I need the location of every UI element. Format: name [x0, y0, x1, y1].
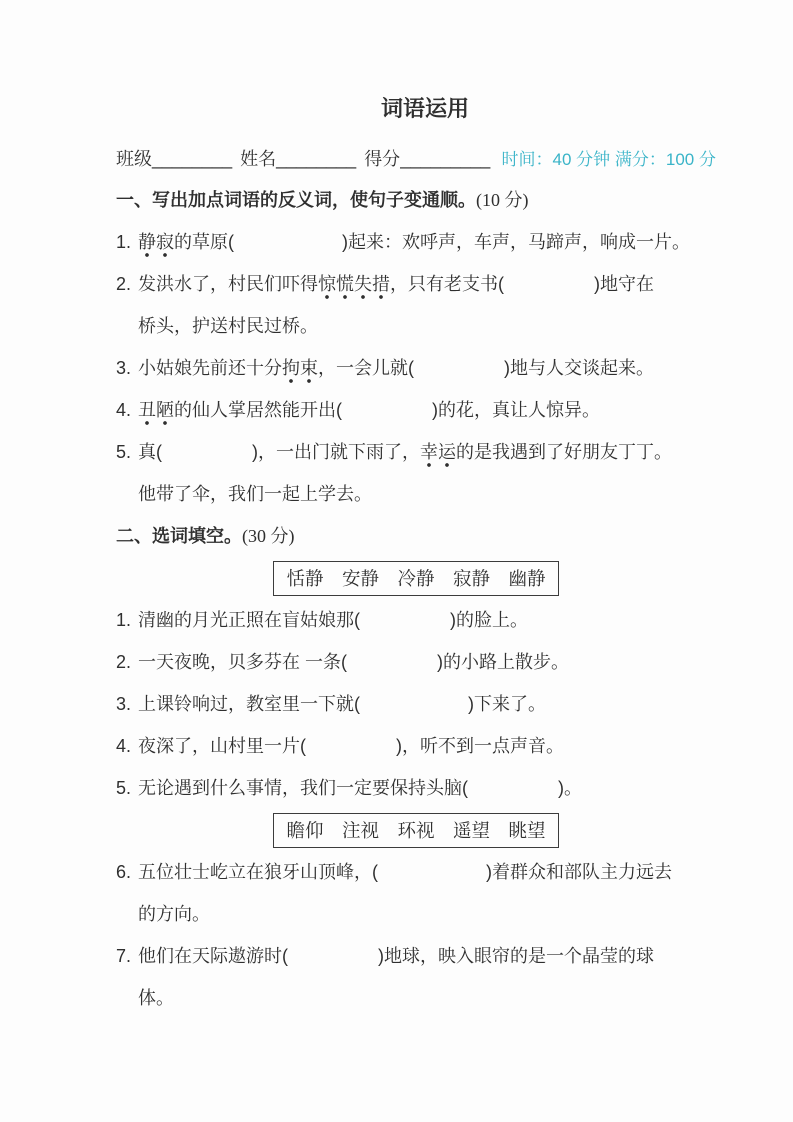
question-line: 发洪水了，村民们吓得惊慌失措，只有老支书( )地守在: [138, 263, 716, 305]
question-number: 3.: [116, 683, 131, 725]
text-segment: 夜深了，山村里一片( )，听不到一点声音。: [138, 736, 564, 756]
question-number: 2.: [116, 641, 131, 683]
name-field: 姓名________: [240, 148, 356, 170]
question-text: 夜深了，山村里一片( )，听不到一点声音。: [138, 725, 716, 767]
score-field: 得分_________: [364, 148, 490, 170]
text-segment: 无论遇到什么事情，我们一定要保持头脑( )。: [138, 778, 582, 798]
question-line: 他们在天际遨游时( )地球，映入眼帘的是一个晶莹的球: [138, 935, 716, 977]
question-line: 夜深了，山村里一片( )，听不到一点声音。: [138, 725, 716, 767]
question-number: 4.: [116, 389, 131, 431]
question-text: 上课铃响过，教室里一下就( )下来了。: [138, 683, 716, 725]
question-item-2: 2. 发洪水了，村民们吓得惊慌失措，只有老支书( )地守在桥头，护送村民过桥。: [116, 263, 716, 347]
name-blank-line: ________: [276, 149, 356, 169]
emphasized-word: 惊慌失措: [318, 274, 390, 300]
question-line: 五位壮士屹立在狼牙山顶峰，( )着群众和部队主力远去: [138, 851, 716, 893]
page-content: 词语运用 班级________ 姓名________ 得分_________ 时…: [0, 0, 793, 1019]
emphasized-word: 静寂: [138, 232, 174, 258]
question-item-s2-5: 5. 无论遇到什么事情，我们一定要保持头脑( )。: [116, 767, 716, 809]
text-segment: 体。: [138, 988, 174, 1008]
question-line: 的方向。: [138, 893, 716, 935]
score-blank-line: _________: [400, 149, 490, 169]
question-item-s2-4: 4. 夜深了，山村里一片( )，听不到一点声音。: [116, 725, 716, 767]
section-two-score: (30 分): [242, 526, 295, 546]
question-line: 上课铃响过，教室里一下就( )下来了。: [138, 683, 716, 725]
text-segment: 一天夜晚，贝多芬在 一条( )的小路上散步。: [138, 652, 569, 672]
question-line: 无论遇到什么事情，我们一定要保持头脑( )。: [138, 767, 716, 809]
question-line: 真( )，一出门就下雨了，幸运的是我遇到了好朋友丁丁。: [138, 431, 716, 473]
emphasized-word: 拘束: [282, 358, 318, 384]
section-one-score: (10 分): [476, 190, 529, 210]
text-segment: 真( )，一出门就下雨了，: [138, 442, 420, 462]
name-label: 姓名: [240, 149, 276, 169]
question-line: 清幽的月光正照在盲姑娘那( )的脸上。: [138, 599, 716, 641]
class-blank-line: ________: [152, 149, 232, 169]
question-text: 一天夜晚，贝多芬在 一条( )的小路上散步。: [138, 641, 716, 683]
question-item-s2-6: 6. 五位壮士屹立在狼牙山顶峰，( )着群众和部队主力远去的方向。: [116, 851, 716, 935]
section-one-heading-text: 一、写出加点词语的反义词，使句子变通顺。: [116, 190, 476, 210]
emphasized-word: 丑陋: [138, 400, 174, 426]
question-number: 5.: [116, 431, 131, 473]
questions-area: 一、写出加点词语的反义词，使句子变通顺。(10 分) 1. 静寂的草原( )起来…: [116, 179, 716, 1019]
text-segment: 桥头，护送村民过桥。: [138, 316, 318, 336]
word-bank-1: 恬静 安静 冷静 寂静 幽静: [273, 561, 558, 596]
question-text: 真( )，一出门就下雨了，幸运的是我遇到了好朋友丁丁。他带了伞，我们一起上学去。: [138, 431, 716, 515]
class-label: 班级: [116, 149, 152, 169]
text-segment: 的是我遇到了好朋友丁丁。: [456, 442, 672, 462]
question-item-1: 1. 静寂的草原( )起来：欢呼声，车声，马蹄声，响成一片。: [116, 221, 716, 263]
text-segment: 他带了伞，我们一起上学去。: [138, 484, 372, 504]
text-segment: 发洪水了，村民们吓得: [138, 274, 318, 294]
question-text: 他们在天际遨游时( )地球，映入眼帘的是一个晶莹的球体。: [138, 935, 716, 1019]
text-segment: 清幽的月光正照在盲姑娘那( )的脸上。: [138, 610, 528, 630]
word-bank-row-1: 恬静 安静 冷静 寂静 幽静: [116, 557, 716, 599]
question-number: 6.: [116, 851, 131, 893]
question-text: 静寂的草原( )起来：欢呼声，车声，马蹄声，响成一片。: [138, 221, 716, 263]
question-number: 7.: [116, 935, 131, 977]
score-label: 得分: [364, 149, 400, 169]
text-segment: 五位壮士屹立在狼牙山顶峰，( )着群众和部队主力远去: [138, 862, 672, 882]
text-segment: 的方向。: [138, 904, 210, 924]
text-segment: 的草原( )起来：欢呼声，车声，马蹄声，响成一片。: [174, 232, 690, 252]
question-number: 1.: [116, 599, 131, 641]
header-fields-row: 班级________ 姓名________ 得分_________ 时间：40 …: [116, 148, 716, 171]
question-text: 发洪水了，村民们吓得惊慌失措，只有老支书( )地守在桥头，护送村民过桥。: [138, 263, 716, 347]
question-item-s2-3: 3. 上课铃响过，教室里一下就( )下来了。: [116, 683, 716, 725]
question-item-3: 3. 小姑娘先前还十分拘束，一会儿就( )地与人交谈起来。: [116, 347, 716, 389]
question-item-s2-1: 1. 清幽的月光正照在盲姑娘那( )的脸上。: [116, 599, 716, 641]
question-text: 五位壮士屹立在狼牙山顶峰，( )着群众和部队主力远去的方向。: [138, 851, 716, 935]
question-number: 2.: [116, 263, 131, 305]
question-line: 体。: [138, 977, 716, 1019]
word-bank-2: 瞻仰 注视 环视 遥望 眺望: [273, 813, 558, 848]
question-line: 一天夜晚，贝多芬在 一条( )的小路上散步。: [138, 641, 716, 683]
word-bank-row-2: 瞻仰 注视 环视 遥望 眺望: [116, 809, 716, 851]
question-number: 4.: [116, 725, 131, 767]
question-item-4: 4. 丑陋的仙人掌居然能开出( )的花，真让人惊异。: [116, 389, 716, 431]
question-line: 静寂的草原( )起来：欢呼声，车声，马蹄声，响成一片。: [138, 221, 716, 263]
time-fullscore-note: 时间：40 分钟 满分：100 分: [502, 149, 716, 171]
text-segment: ，只有老支书( )地守在: [390, 274, 654, 294]
text-segment: 小姑娘先前还十分: [138, 358, 282, 378]
question-text: 无论遇到什么事情，我们一定要保持头脑( )。: [138, 767, 716, 809]
question-line: 小姑娘先前还十分拘束，一会儿就( )地与人交谈起来。: [138, 347, 716, 389]
page-title: 词语运用: [125, 96, 725, 122]
question-line: 桥头，护送村民过桥。: [138, 305, 716, 347]
question-number: 5.: [116, 767, 131, 809]
text-segment: 的仙人掌居然能开出( )的花，真让人惊异。: [174, 400, 600, 420]
question-text: 丑陋的仙人掌居然能开出( )的花，真让人惊异。: [138, 389, 716, 431]
text-segment: 他们在天际遨游时( )地球，映入眼帘的是一个晶莹的球: [138, 946, 654, 966]
question-item-5: 5. 真( )，一出门就下雨了，幸运的是我遇到了好朋友丁丁。他带了伞，我们一起上…: [116, 431, 716, 515]
question-item-s2-7: 7. 他们在天际遨游时( )地球，映入眼帘的是一个晶莹的球体。: [116, 935, 716, 1019]
question-number: 1.: [116, 221, 131, 263]
text-segment: ，一会儿就( )地与人交谈起来。: [318, 358, 654, 378]
section-two-heading: 二、选词填空。(30 分): [116, 515, 716, 557]
question-text: 清幽的月光正照在盲姑娘那( )的脸上。: [138, 599, 716, 641]
section-one-heading: 一、写出加点词语的反义词，使句子变通顺。(10 分): [116, 179, 716, 221]
question-line: 丑陋的仙人掌居然能开出( )的花，真让人惊异。: [138, 389, 716, 431]
test-paper-page: 词语运用 班级________ 姓名________ 得分_________ 时…: [0, 0, 793, 1122]
section-two-heading-text: 二、选词填空。: [116, 526, 242, 546]
emphasized-word: 幸运: [420, 442, 456, 468]
text-segment: 上课铃响过，教室里一下就( )下来了。: [138, 694, 546, 714]
question-line: 他带了伞，我们一起上学去。: [138, 473, 716, 515]
question-number: 3.: [116, 347, 131, 389]
question-text: 小姑娘先前还十分拘束，一会儿就( )地与人交谈起来。: [138, 347, 716, 389]
question-item-s2-2: 2. 一天夜晚，贝多芬在 一条( )的小路上散步。: [116, 641, 716, 683]
class-field: 班级________: [116, 148, 232, 170]
